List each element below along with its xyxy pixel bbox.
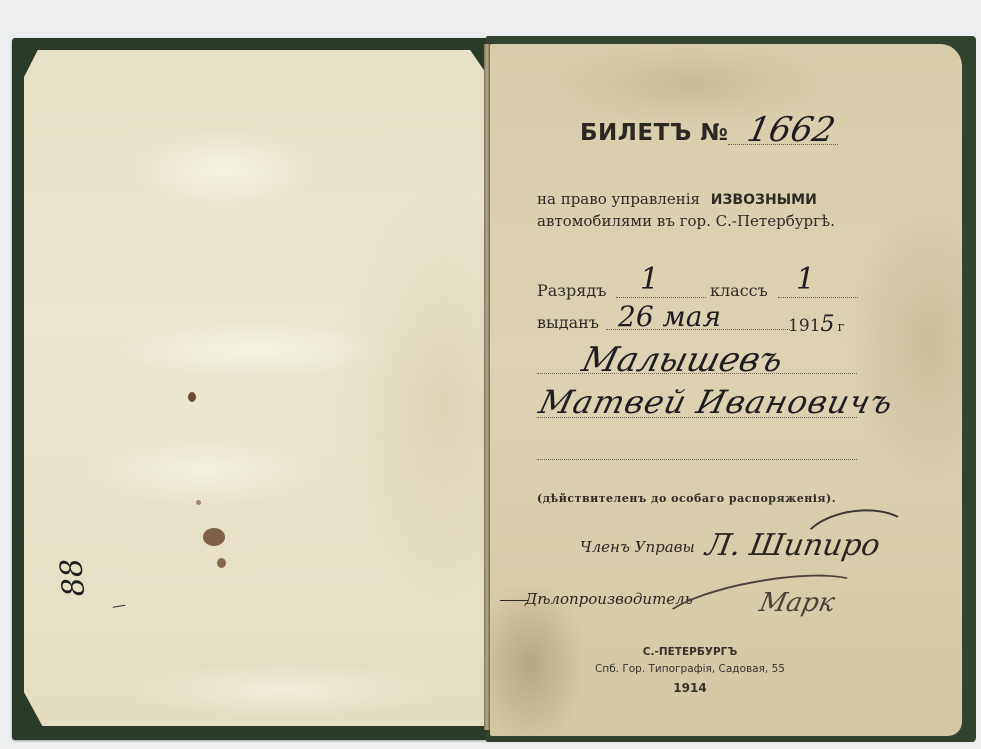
footer-year: 1914	[540, 681, 840, 695]
ticket-number: 1662	[744, 110, 839, 150]
holder-surname: Малышевъ	[578, 340, 787, 380]
class-label: классъ	[710, 281, 768, 300]
left-page	[24, 50, 484, 726]
year-suffix: г	[837, 320, 844, 335]
holder-name: Матвей Ивановичъ	[535, 383, 897, 421]
clerk-dash	[500, 600, 528, 601]
issued-value: 26 мая	[618, 300, 721, 333]
footer-city: С.-ПЕТЕРБУРГЪ	[540, 646, 840, 658]
purpose-bold: ИЗВОЗНЫМИ	[711, 192, 817, 208]
margin-dash: —	[111, 597, 128, 615]
purpose-line-1: на право управленія ИЗВОЗНЫМИ	[537, 190, 817, 208]
purpose-prefix: на право управленія	[537, 190, 700, 208]
category-value: 1	[640, 262, 659, 297]
class-dotted-line	[778, 297, 858, 298]
name-dotted-line-3	[537, 459, 857, 460]
clerk-label: Дѣлопроизводитель	[525, 590, 693, 608]
stain	[196, 500, 201, 505]
margin-note: 88	[54, 557, 92, 598]
stain	[203, 528, 225, 546]
year-printed: 1915г	[788, 312, 844, 337]
page-title: БИЛЕТЪ №	[580, 120, 729, 146]
stain	[217, 558, 226, 568]
stain	[188, 392, 196, 402]
category-label: Разрядъ	[537, 281, 606, 300]
footer-printer: Спб. Гор. Типографія, Садовая, 55	[540, 663, 840, 675]
year-prefix: 191	[788, 316, 820, 336]
class-value: 1	[796, 262, 815, 297]
purpose-line-2: автомобилями въ гор. С.-Петербургѣ.	[537, 212, 835, 230]
validity-note: (дѣйствителенъ до особаго распоряженія).	[537, 492, 836, 505]
board-member-label: Членъ Управы	[580, 538, 695, 556]
category-dotted-line	[616, 297, 706, 298]
year-handwritten: 5	[820, 312, 834, 337]
issued-label: выданъ	[537, 313, 599, 332]
